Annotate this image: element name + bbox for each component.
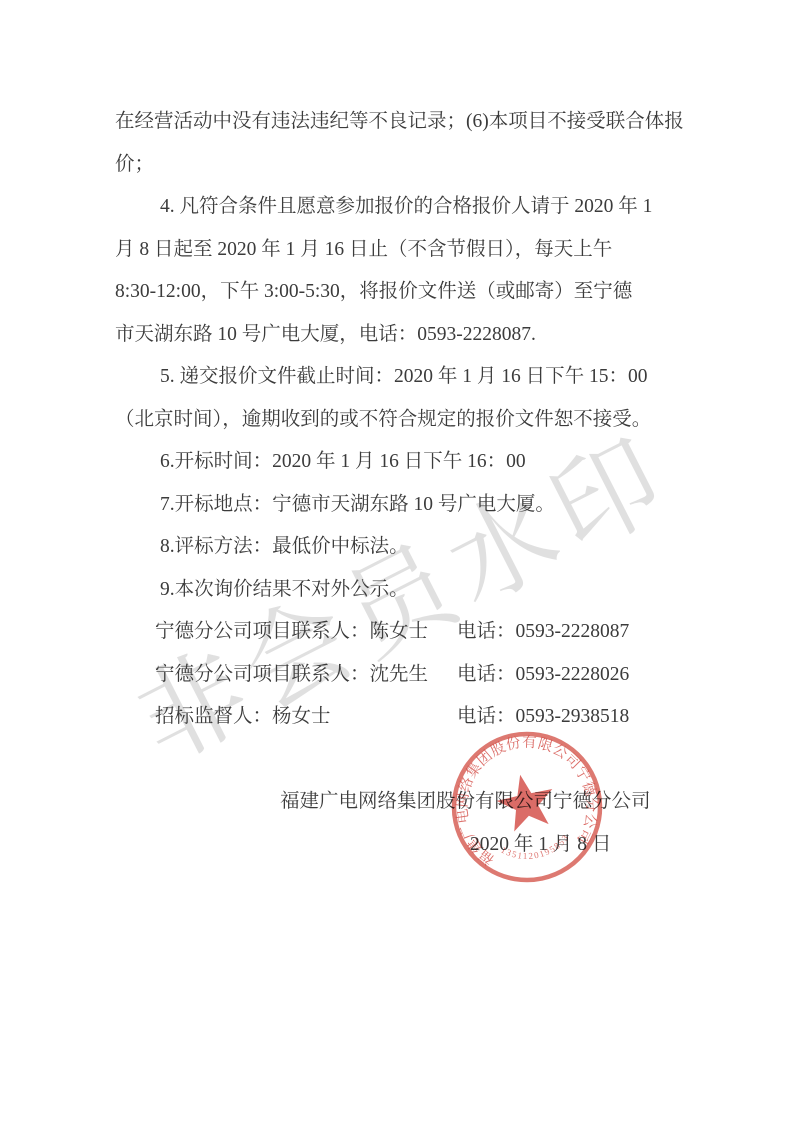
contact-row: 宁德分公司项目联系人：沈先生 电话：0593-2228026 — [115, 654, 763, 697]
body-line: 9.本次询价结果不对外公示。 — [115, 569, 763, 612]
body-line: 6.开标时间：2020 年 1 月 16 日下午 16：00 — [115, 441, 763, 484]
body-line: 8:30-12:00，下午 3:00-5:30，将报价文件送（或邮寄）至宁德 — [115, 271, 763, 314]
body-line: 5. 递交报价文件截止时间：2020 年 1 月 16 日下午 15：00 — [115, 356, 763, 399]
body-line: 月 8 日起至 2020 年 1 月 16 日止（不含节假日），每天上午 — [115, 229, 763, 272]
contact-row: 招标监督人：杨女士 电话：0593-2938518 — [115, 696, 763, 739]
contact-phone: 电话：0593-2228087 — [457, 611, 629, 654]
contact-phone: 电话：0593-2228026 — [457, 654, 629, 697]
body-line: （北京时间），逾期收到的或不符合规定的报价文件恕不接受。 — [115, 399, 763, 442]
contact-name: 宁德分公司项目联系人：沈先生 — [155, 654, 457, 697]
signature-date: 2020 年 1 月 8 日 — [115, 824, 763, 867]
body-line: 4. 凡符合条件且愿意参加报价的合格报价人请于 2020 年 1 — [115, 186, 763, 229]
contact-phone: 电话：0593-2938518 — [457, 696, 629, 739]
document-body: 在经营活动中没有违法违纪等不良记录；(6)本项目不接受联合体报 价； 4. 凡符… — [115, 101, 763, 866]
document-page: 非会员水印 在经营活动中没有违法违纪等不良记录；(6)本项目不接受联合体报 价；… — [0, 0, 793, 1121]
contact-name: 宁德分公司项目联系人：陈女士 — [155, 611, 457, 654]
body-line: 市天湖东路 10 号广电大厦，电话：0593-2228087. — [115, 314, 763, 357]
contact-row: 宁德分公司项目联系人：陈女士 电话：0593-2228087 — [115, 611, 763, 654]
blank-line — [115, 739, 763, 782]
body-line: 7.开标地点：宁德市天湖东路 10 号广电大厦。 — [115, 484, 763, 527]
body-line: 8.评标方法：最低价中标法。 — [115, 526, 763, 569]
body-line: 价； — [115, 144, 763, 187]
body-line: 在经营活动中没有违法违纪等不良记录；(6)本项目不接受联合体报 — [115, 101, 763, 144]
contact-name: 招标监督人：杨女士 — [155, 696, 457, 739]
signature-company: 福建广电网络集团股份有限公司宁德分公司 — [115, 781, 763, 824]
